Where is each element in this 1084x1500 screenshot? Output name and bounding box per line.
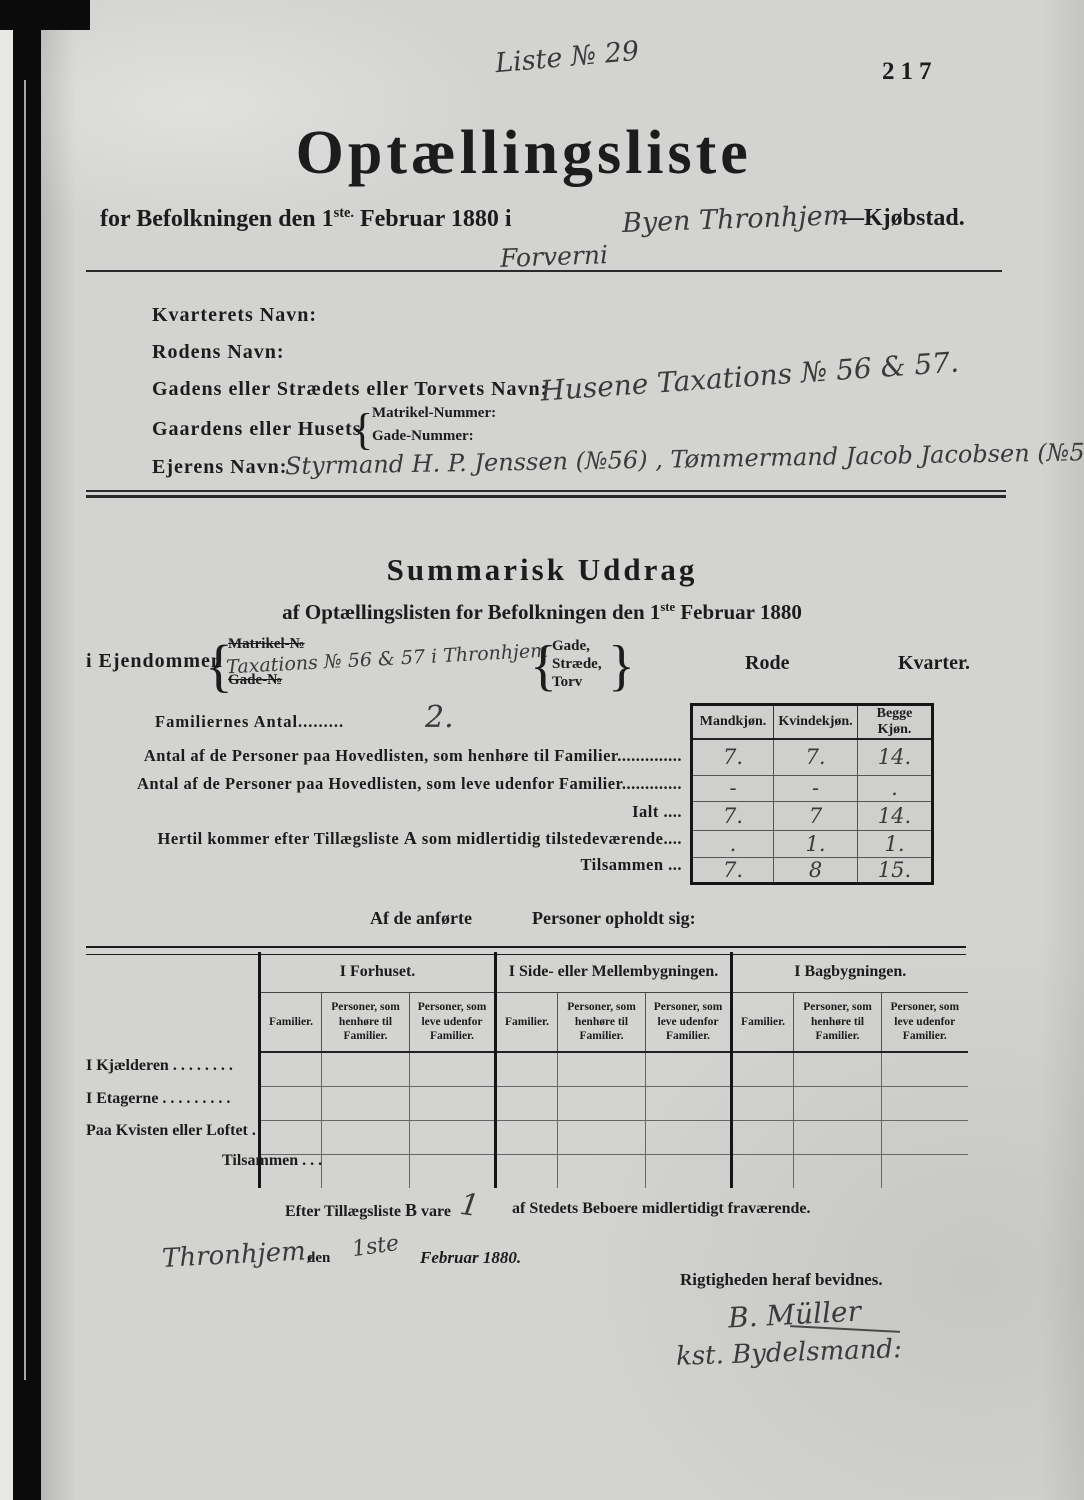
empty-cell bbox=[322, 1121, 410, 1155]
subtitle-line: for Befolkningen den 1ste. Februar 1880 … bbox=[100, 205, 512, 233]
empty-cell bbox=[410, 1087, 496, 1121]
cell-tillaeg-kvinde: 1. bbox=[774, 830, 858, 857]
sub-familier: Familier. bbox=[260, 993, 322, 1053]
col-beggekjon: Begge Kjøn. bbox=[858, 705, 933, 740]
empty-cell bbox=[646, 1155, 732, 1189]
date-month-year: Februar 1880. bbox=[420, 1248, 521, 1268]
table-row: 7. 8 15. bbox=[692, 857, 933, 883]
hertil-pre: Hertil kommer efter Tillægsliste bbox=[158, 829, 400, 848]
sub-henhoere: Personer, som henhøre til Familier. bbox=[794, 993, 882, 1053]
document-title: Optællingsliste bbox=[296, 118, 752, 189]
scan-edge-line bbox=[24, 80, 26, 1380]
row-label-kjaelderen: I Kjælderen . . . . . . . . bbox=[86, 1057, 233, 1075]
group-bagbygning: I Bagbygningen. bbox=[732, 952, 968, 993]
handwritten-district: Forverni bbox=[500, 240, 609, 273]
gade-option-3: Torv bbox=[552, 674, 582, 691]
empty-cell bbox=[732, 1121, 794, 1155]
empty-cell bbox=[260, 1121, 322, 1155]
subtitle-mid: Februar 1880 i bbox=[360, 206, 512, 232]
tillaeg-b-line: Efter Tillægsliste B vare bbox=[285, 1200, 451, 1221]
empty-cell bbox=[646, 1121, 732, 1155]
empty-cell bbox=[410, 1052, 496, 1087]
rodens-navn-label: Rodens Navn: bbox=[152, 341, 285, 364]
row-label-tilsammen: Tilsammen . . . bbox=[222, 1152, 322, 1170]
subtitle-dash: — bbox=[840, 205, 864, 231]
leve-label: Antal af de Personer paa Hovedlisten, so… bbox=[120, 774, 682, 794]
empty-cell bbox=[410, 1155, 496, 1189]
empty-cell bbox=[794, 1121, 882, 1155]
gade-brace-close: } bbox=[608, 634, 635, 698]
empty-cell bbox=[732, 1052, 794, 1087]
empty-cell bbox=[260, 1052, 322, 1087]
page-number: 217 bbox=[882, 58, 938, 86]
empty-cell bbox=[558, 1121, 646, 1155]
gade-option-1: Gade, bbox=[552, 638, 590, 655]
summary-count-table: Mandkjøn. Kvindekjøn. Begge Kjøn. 7. 7. … bbox=[690, 703, 934, 885]
kvarterets-navn-label: Kvarterets Navn: bbox=[152, 304, 317, 327]
col-kvindekjon: Kvindekjøn. bbox=[774, 705, 858, 740]
sub-henhoere: Personer, som henhøre til Familier. bbox=[322, 993, 410, 1053]
gadens-navn-label: Gadens eller Strædets eller Torvets Navn… bbox=[152, 378, 548, 401]
row-label-etagerne: I Etagerne . . . . . . . . . bbox=[86, 1090, 230, 1108]
summary-table-header-row: Mandkjøn. Kvindekjøn. Begge Kjøn. bbox=[692, 705, 933, 740]
location-caption-pre: Af de anførte bbox=[370, 908, 472, 929]
cell-tilsammen-mand: 7. bbox=[692, 857, 774, 883]
row-label-kvisten: Paa Kvisten eller Loftet . bbox=[86, 1122, 256, 1140]
scan-edge-white bbox=[0, 28, 14, 1500]
sub-familier: Familier. bbox=[496, 993, 558, 1053]
ialt-label: Ialt .... bbox=[120, 802, 682, 822]
ejerens-navn-label: Ejerens Navn: bbox=[152, 456, 287, 479]
familiernes-antal-label: Familiernes Antal......... bbox=[155, 712, 344, 732]
empty-cell bbox=[496, 1155, 558, 1189]
cell-henhoere-begge: 14. bbox=[858, 739, 933, 775]
scan-corner-black bbox=[0, 0, 90, 30]
summary-subheading-pre: af Optællingslisten for Befolkningen den… bbox=[282, 600, 660, 624]
table-row: . 1. 1. bbox=[692, 830, 933, 857]
location-subheader-row: Familier. Personer, som henhøre til Fami… bbox=[260, 993, 968, 1053]
empty-cell bbox=[322, 1052, 410, 1087]
empty-cell bbox=[322, 1155, 410, 1189]
sub-henhoere: Personer, som henhøre til Familier. bbox=[558, 993, 646, 1053]
table-row bbox=[260, 1155, 968, 1189]
empty-cell bbox=[496, 1087, 558, 1121]
location-caption-post: Personer opholdt sig: bbox=[532, 908, 696, 929]
handwritten-familier-count: 2. bbox=[425, 700, 454, 735]
cell-leve-kvinde: - bbox=[774, 775, 858, 801]
col-mandkjon: Mandkjøn. bbox=[692, 705, 774, 740]
table-row: 7. 7. 14. bbox=[692, 739, 933, 775]
cell-tilsammen-begge: 15. bbox=[858, 857, 933, 883]
gaardens-brace: { bbox=[352, 404, 373, 455]
ejendommen-label: i Ejendommen bbox=[86, 650, 223, 673]
empty-cell bbox=[882, 1155, 968, 1189]
hertil-bold-a: A bbox=[404, 828, 418, 848]
cell-ialt-begge: 14. bbox=[858, 801, 933, 830]
cell-henhoere-mand: 7. bbox=[692, 739, 774, 775]
empty-cell bbox=[882, 1121, 968, 1155]
matrikel-nummer-label: Matrikel-Nummer: bbox=[372, 405, 496, 422]
location-table: I Forhuset. I Side- eller Mellembygninge… bbox=[258, 952, 968, 1188]
summary-subheading: af Optællingslisten for Befolkningen den… bbox=[282, 600, 802, 625]
tillaeg-mid: vare bbox=[421, 1203, 451, 1220]
tillaeg-post: af Stedets Beboere midlertidigt fraværen… bbox=[512, 1200, 810, 1218]
cell-leve-begge: . bbox=[858, 775, 933, 801]
cell-tillaeg-begge: 1. bbox=[858, 830, 933, 857]
subtitle-pre: for Befolkningen den 1 bbox=[100, 206, 334, 232]
sub-familier: Familier. bbox=[732, 993, 794, 1053]
empty-cell bbox=[882, 1052, 968, 1087]
empty-cell bbox=[646, 1087, 732, 1121]
tilsammen-label: Tilsammen ... bbox=[120, 855, 682, 875]
empty-cell bbox=[260, 1087, 322, 1121]
book-binding-strip bbox=[13, 0, 41, 1500]
empty-cell bbox=[558, 1155, 646, 1189]
empty-cell bbox=[794, 1087, 882, 1121]
subtitle-superscript: ste. bbox=[334, 205, 354, 221]
subtitle-kjobstad: —Kjøbstad. bbox=[840, 205, 965, 232]
table-row bbox=[260, 1121, 968, 1155]
cell-tillaeg-mand: . bbox=[692, 830, 774, 857]
kvarter-label: Kvarter. bbox=[898, 652, 970, 675]
sub-leve: Personer, som leve udenfor Familier. bbox=[882, 993, 968, 1053]
sub-leve: Personer, som leve udenfor Familier. bbox=[410, 993, 496, 1053]
group-mellembygning: I Side- eller Mellembygningen. bbox=[496, 952, 732, 993]
subtitle-post: Kjøbstad. bbox=[864, 205, 965, 231]
empty-cell bbox=[794, 1155, 882, 1189]
group-forhuset: I Forhuset. bbox=[260, 952, 496, 993]
empty-cell bbox=[496, 1052, 558, 1087]
empty-cell bbox=[558, 1052, 646, 1087]
table-row: 7. 7 14. bbox=[692, 801, 933, 830]
attest-label: Rigtigheden heraf bevidnes. bbox=[680, 1270, 883, 1290]
empty-cell bbox=[496, 1121, 558, 1155]
rode-label: Rode bbox=[745, 652, 789, 675]
empty-cell bbox=[732, 1155, 794, 1189]
double-rule-a bbox=[86, 490, 1006, 492]
empty-cell bbox=[646, 1052, 732, 1087]
scanned-census-page: Liste № 29 217 Optællingsliste for Befol… bbox=[0, 0, 1084, 1500]
summary-subheading-sup: ste bbox=[660, 600, 675, 614]
gade-option-2: Stræde, bbox=[552, 656, 602, 673]
summary-heading: Summarisk Uddrag bbox=[387, 552, 698, 588]
table-row bbox=[260, 1087, 968, 1121]
tillaeg-bold-b: B bbox=[405, 1200, 417, 1220]
divider-rule-top bbox=[86, 270, 1002, 272]
empty-cell bbox=[794, 1052, 882, 1087]
hertil-label: Hertil kommer efter Tillægsliste A som m… bbox=[120, 828, 682, 849]
empty-cell bbox=[322, 1087, 410, 1121]
empty-cell bbox=[882, 1087, 968, 1121]
gade-nummer-label: Gade-Nummer: bbox=[372, 428, 474, 445]
empty-cell bbox=[732, 1087, 794, 1121]
empty-cell bbox=[558, 1087, 646, 1121]
cell-ialt-mand: 7. bbox=[692, 801, 774, 830]
cell-leve-mand: - bbox=[692, 775, 774, 801]
cell-henhoere-kvinde: 7. bbox=[774, 739, 858, 775]
cell-ialt-kvinde: 7 bbox=[774, 801, 858, 830]
hertil-post: som midlertidig tilstedeværende.... bbox=[422, 829, 682, 848]
table-row: - - . bbox=[692, 775, 933, 801]
date-den-label: den bbox=[307, 1250, 330, 1267]
gaardens-label: Gaardens eller Husets bbox=[152, 418, 362, 441]
table-row bbox=[260, 1052, 968, 1087]
cell-tilsammen-kvinde: 8 bbox=[774, 857, 858, 883]
empty-cell bbox=[410, 1121, 496, 1155]
sub-leve: Personer, som leve udenfor Familier. bbox=[646, 993, 732, 1053]
double-rule-b bbox=[86, 495, 1006, 498]
henhoere-label: Antal af de Personer paa Hovedlisten, so… bbox=[120, 746, 682, 766]
location-group-header-row: I Forhuset. I Side- eller Mellembygninge… bbox=[260, 952, 968, 993]
matrikel-struck-label: Matrikel-№ bbox=[228, 636, 305, 653]
summary-subheading-post: Februar 1880 bbox=[680, 600, 802, 624]
tillaeg-pre: Efter Tillægsliste bbox=[285, 1203, 401, 1220]
